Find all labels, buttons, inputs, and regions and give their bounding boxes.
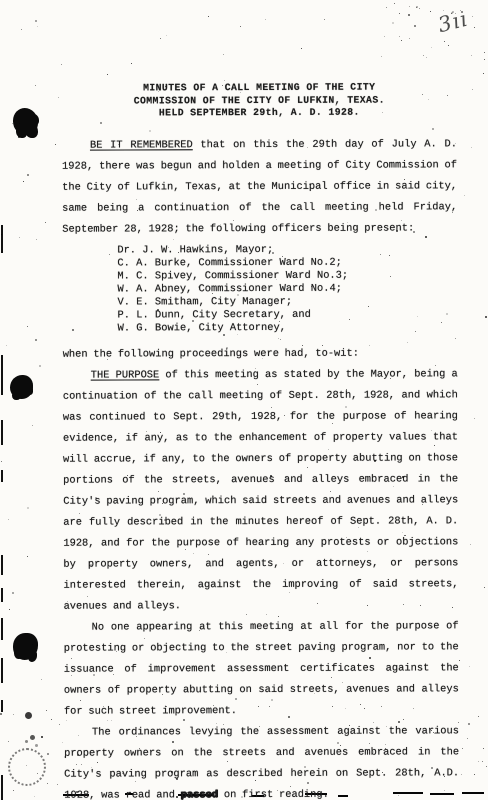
opening-lead-phrase: BE IT REMEMBERED	[90, 139, 193, 151]
ink-ring-mark	[8, 748, 46, 786]
proceedings-intro-line: when the following proceedings were had,…	[63, 343, 458, 365]
purpose-text: of this meeting as stated by the Mayor, …	[63, 368, 459, 612]
scanned-document-page: 3ıı MINUTES OF A CALL MEETING OF THE CIT…	[0, 0, 488, 800]
left-edge-line	[1, 470, 3, 482]
opening-paragraph: BE IT REMEMBERED that on this the 29th d…	[62, 134, 457, 240]
left-edge-line	[1, 618, 3, 640]
left-edge-line	[1, 775, 3, 800]
left-edge-line	[1, 700, 3, 712]
officer-line: C. A. Burke, Commissioner Ward No.2;	[117, 256, 457, 270]
officer-line: V. E. Smitham, City Manager;	[117, 295, 457, 309]
left-edge-line	[1, 555, 3, 575]
officers-list: Dr. J. W. Hawkins, Mayor; C. A. Burke, C…	[62, 243, 457, 335]
ink-blob	[10, 375, 33, 399]
purpose-lead-phrase: THE PURPOSE	[91, 369, 160, 381]
ink-speck-cluster	[25, 712, 32, 719]
left-edge-line	[1, 588, 3, 602]
officer-line: W. G. Bowie, City Attorney,	[118, 321, 458, 335]
officer-line: W. A. Abney, Commissioner Ward No.4;	[117, 282, 457, 296]
left-edge-line	[1, 225, 3, 253]
bottom-edge-mark	[462, 792, 484, 794]
handwritten-page-mark: 3ıı	[436, 7, 471, 37]
officer-line: Dr. J. W. Hawkins, Mayor;	[117, 243, 457, 257]
ordinance-paragraph: The ordinances levying the assessment ag…	[64, 721, 459, 800]
officer-line: P. L. Dunn, City Secretary, and	[118, 308, 458, 322]
overstruck-word: passed	[181, 789, 218, 800]
document-body: MINUTES OF A CALL MEETING OF THE CITY CO…	[62, 81, 460, 800]
left-edge-line	[1, 658, 3, 683]
ordinance-text-post: on first reading.	[218, 789, 329, 800]
document-title: MINUTES OF A CALL MEETING OF THE CITY CO…	[62, 81, 457, 120]
opening-text: that on this the 29th day of July A. D. …	[62, 138, 457, 235]
ink-blob	[13, 633, 38, 660]
left-edge-line	[1, 420, 3, 445]
left-edge-line	[1, 355, 3, 395]
no-protest-paragraph: No one appearing at this meeting at all …	[64, 616, 459, 722]
officer-line: M. C. Spivey, Commissioner Ward No.3;	[117, 269, 457, 283]
purpose-paragraph: THE PURPOSE of this meeting as stated by…	[63, 364, 459, 617]
ink-blob	[13, 108, 38, 135]
title-line-3: HELD SEPTEMBER 29th, A. D. 1928.	[62, 107, 457, 121]
